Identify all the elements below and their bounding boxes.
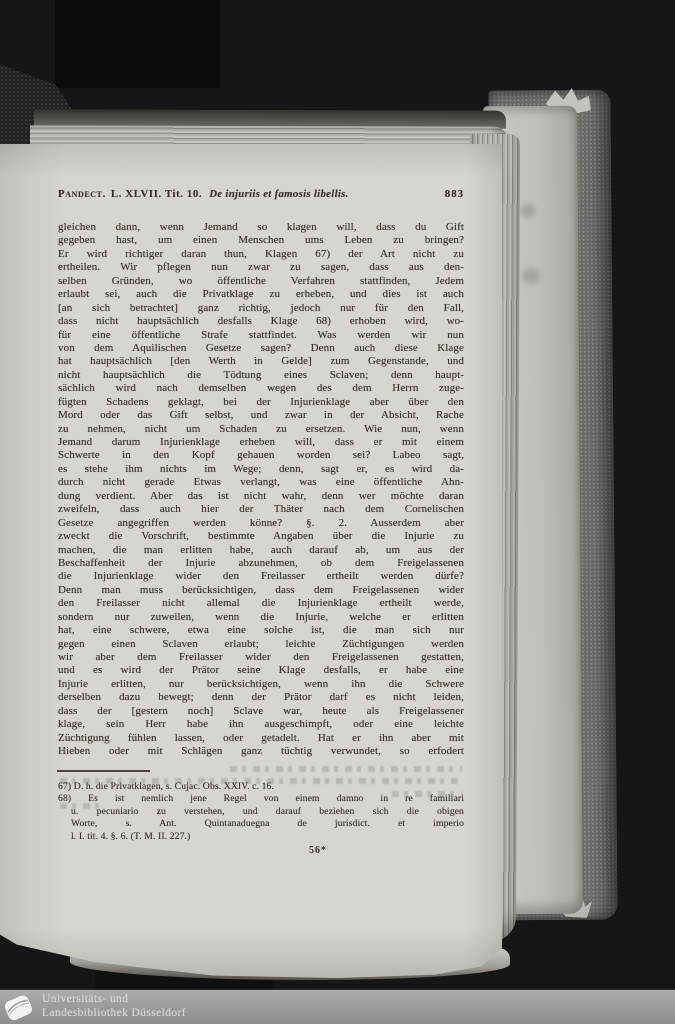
ink-bleedthrough xyxy=(230,766,462,772)
body-line: hat, eine schwere, etwa eine solche ist,… xyxy=(58,624,464,637)
footnote-line: u. pecuniario zu verstehen, und darauf b… xyxy=(58,806,464,818)
body-line: gleichen dann, wenn Jemand so klagen wil… xyxy=(58,221,464,234)
body-line: gegeben hast, um einen Menschen ums Lebe… xyxy=(58,234,464,247)
body-line: derselben dazu bewegt; denn der Prätor d… xyxy=(58,691,464,704)
footnote-line: 67) D. h. die Privatklagen, s. Cujac. Ob… xyxy=(58,781,464,793)
body-line: gegen einen Sclaven erlaubt; leichte Züc… xyxy=(58,638,464,651)
page-text-layer: Pandect. L. XLVII. Tit. 10. De injuriis … xyxy=(0,0,675,1024)
body-line: klage, sein Herr habe ihn ausgeschimpft,… xyxy=(58,718,464,731)
body-line: den Freilasser nicht allemal die Injurie… xyxy=(58,597,464,610)
header-section: Pandect. xyxy=(58,188,106,200)
body-line: sächlich wird nach demselben wegen des d… xyxy=(58,382,464,395)
body-line: durch nicht gerade Etwas verlangt, was e… xyxy=(58,476,464,489)
footnote-line: 68) Es ist nemlich jene Regel von einem … xyxy=(58,793,464,805)
body-line: Mord oder das Gift selbst, und zwar in d… xyxy=(58,409,464,422)
body-line: Schwerte in den Kopf gehauen worden sei?… xyxy=(58,449,464,462)
body-line: Injurie erlitten, nur berücksichtigen, w… xyxy=(58,678,464,691)
body-line: [an sich betrachtet] ganz richtig, jedoc… xyxy=(58,302,464,315)
body-line: ertheilen. Wir pflegen nun zwar zu sagen… xyxy=(58,261,464,274)
body-line: sondern nur zuweilen, wenn die Injurie, … xyxy=(58,611,464,624)
footnote-line: l. I. tit. 4. §. 6. (T. M. II. 227.) xyxy=(58,831,464,843)
body-line: die Injurienklage wider den Freilasser e… xyxy=(58,570,464,583)
body-line: Beschaffenheit der Injurie abzunehmen, o… xyxy=(58,557,464,570)
body-line: es stehe ihm nichts im Wege; denn, sagt … xyxy=(58,463,464,476)
body-line: dass der [gestern noch] Sclave war, heut… xyxy=(58,705,464,718)
body-line: Jemand darum Injurienklage erheben will,… xyxy=(58,436,464,449)
library-watermark-banner: Universitäts- und Landesbibliothek Düsse… xyxy=(0,989,675,1024)
body-line: zweckt die Vorschrift, bestimmte Angaben… xyxy=(58,530,464,543)
library-name-line1: Universitäts- und xyxy=(42,993,186,1007)
page-number: 883 xyxy=(445,188,464,200)
library-name: Universitäts- und Landesbibliothek Düsse… xyxy=(42,993,186,1020)
body-text: gleichen dann, wenn Jemand so klagen wil… xyxy=(58,221,464,759)
footnote-separator xyxy=(57,770,150,772)
body-line: zweifeln, dass auch hier der Thäter nach… xyxy=(58,503,464,516)
header-reference: L. XLVII. Tit. 10. xyxy=(111,188,202,200)
footnotes: 67) D. h. die Privatklagen, s. Cujac. Ob… xyxy=(58,781,464,843)
body-line: Hieben oder mit Schlägen ganz tüchtig ve… xyxy=(58,745,464,758)
body-line: von dem Aquilischen Gesetze sagen? Denn … xyxy=(58,342,464,355)
body-line: erlaubt sei, auch die Privatklage zu erh… xyxy=(58,288,464,301)
body-line: hat hauptsächlich [den Werth in Gelde] z… xyxy=(58,355,464,368)
body-line: Züchtigung fühlen lassen, oder getadelt.… xyxy=(58,732,464,745)
body-line: für eine öffentliche Strafe stattfindet.… xyxy=(58,329,464,342)
body-line: dung verdient. Aber das ist nicht wahr, … xyxy=(58,490,464,503)
body-line: nicht hauptsächlich die Tödtung eines Sc… xyxy=(58,369,464,382)
body-line: selben Gründen, wo öffentliche Verfahren… xyxy=(58,275,464,288)
scanned-book-photo: Pandect. L. XLVII. Tit. 10. De injuriis … xyxy=(0,0,675,1024)
body-line: Er wird richtiger daran thun, Klagen 67)… xyxy=(58,248,464,261)
body-line: Gesetze angegriffen werden könne? §. 2. … xyxy=(58,517,464,530)
body-line: Denn man muss berücksichtigen, dass dem … xyxy=(58,584,464,597)
body-line: wir aber dem Freilasser wider den Freige… xyxy=(58,651,464,664)
header-latin-title: De injuriis et famosis libellis. xyxy=(209,188,348,200)
body-line: und es wird der Prätor seine Klage desfa… xyxy=(58,664,464,677)
body-line: machen, die man erlitten habe, auch dara… xyxy=(58,544,464,557)
footnote-line: Worte, s. Ant. Quintanaduegna de jurisdi… xyxy=(58,818,464,830)
ulb-duesseldorf-logo-icon xyxy=(2,991,35,1024)
body-line: dass nicht hauptsächlich desfalls Klage … xyxy=(58,315,464,328)
signature-mark: 56* xyxy=(288,845,348,856)
running-header: Pandect. L. XLVII. Tit. 10. De injuriis … xyxy=(58,188,464,200)
body-line: fügten Schadens geklagt, bei der Injurie… xyxy=(58,396,464,409)
library-name-line2: Landesbibliothek Düsseldorf xyxy=(42,1007,186,1021)
body-line: zu nehmen, nicht um Schaden zu ersetzen.… xyxy=(58,423,464,436)
